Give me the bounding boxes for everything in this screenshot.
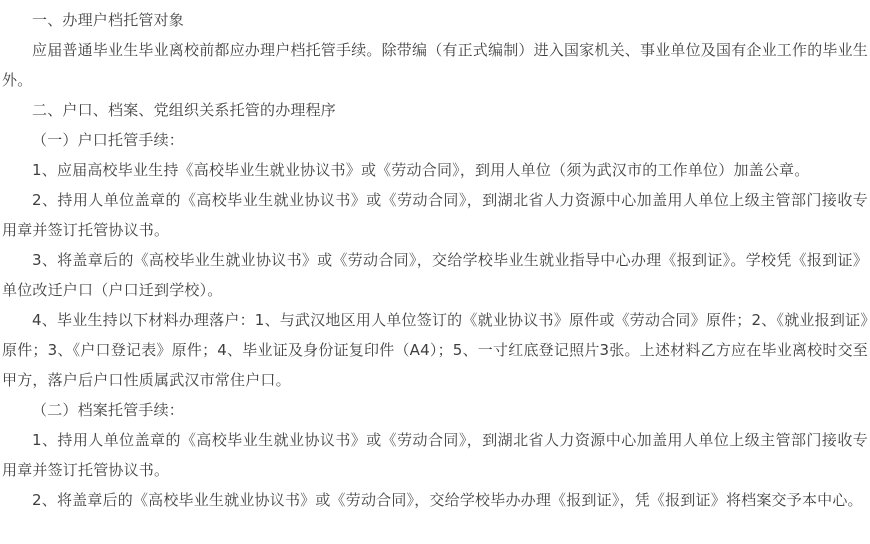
paragraph-intro: 应届普通毕业生毕业离校前都应办理户档托管手续。除带编（有正式编制）进入国家机关、… <box>2 35 868 95</box>
hukou-step-2: 2、持用人单位盖章的《高校毕业生就业协议书》或《劳动合同》，到湖北省人力资源中心… <box>2 185 868 245</box>
section-heading-2: 二、户口、档案、党组织关系托管的办理程序 <box>2 95 868 125</box>
hukou-step-1: 1、应届高校毕业生持《高校毕业生就业协议书》或《劳动合同》，到用人单位（须为武汉… <box>2 155 868 185</box>
hukou-step-4: 4、毕业生持以下材料办理落户：1、与武汉地区用人单位签订的《就业协议书》原件或《… <box>2 305 868 395</box>
archive-step-1: 1、持用人单位盖章的《高校毕业生就业协议书》或《劳动合同》，到湖北省人力资源中心… <box>2 425 868 485</box>
hukou-step-3: 3、将盖章后的《高校毕业生就业协议书》或《劳动合同》，交给学校毕业生就业指导中心… <box>2 245 868 305</box>
section-heading-1: 一、办理户档托管对象 <box>2 5 868 35</box>
subheading-archive: （二）档案托管手续： <box>2 395 868 425</box>
document-body: 一、办理户档托管对象 应届普通毕业生毕业离校前都应办理户档托管手续。除带编（有正… <box>0 0 870 544</box>
subheading-hukou: （一）户口托管手续： <box>2 125 868 155</box>
archive-step-2: 2、将盖章后的《高校毕业生就业协议书》或《劳动合同》，交给学校毕办办理《报到证》… <box>2 485 868 515</box>
